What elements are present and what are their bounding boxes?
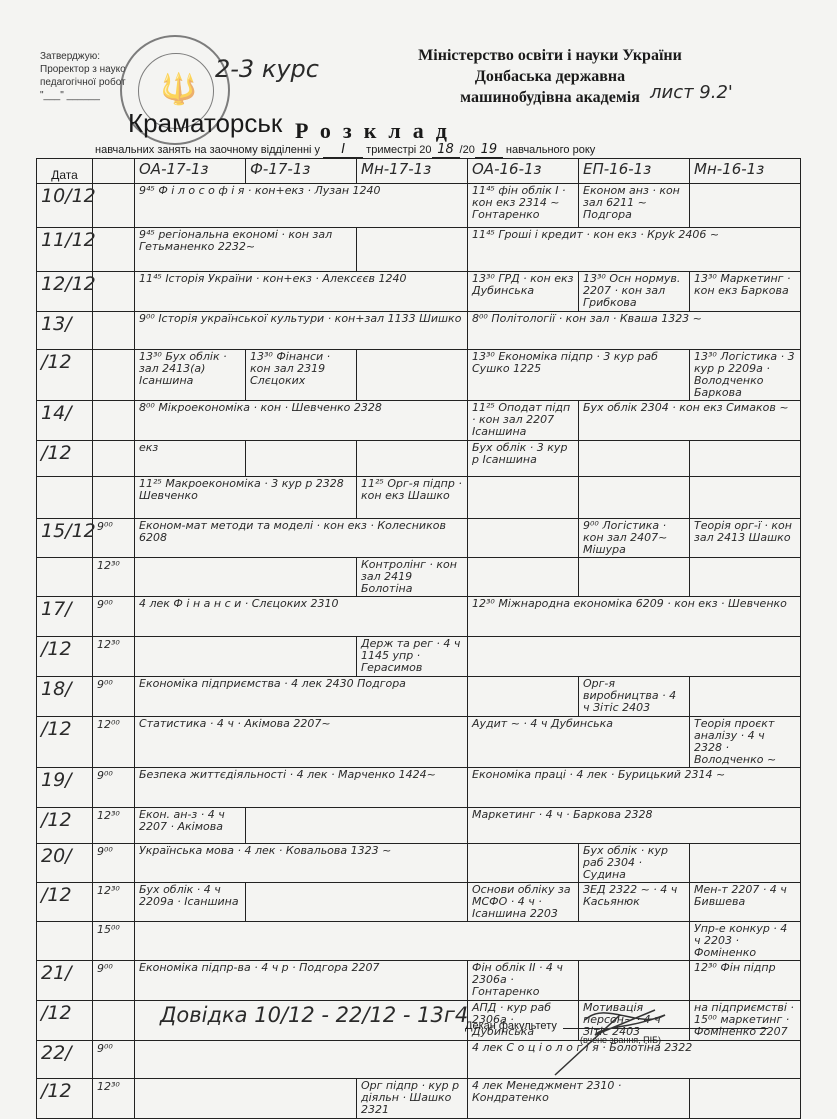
class-cell — [468, 637, 801, 677]
date-cell: 14/ — [37, 401, 93, 441]
class-cell: Бух облік · кур раб 2304 · Судина — [579, 844, 690, 883]
time-cell: 9⁰⁰ — [93, 961, 135, 1001]
date-cell: 15/12 — [37, 519, 93, 558]
schedule-row: /1213³⁰ Бух облік · зал 2413(а) Ісаншина… — [37, 350, 801, 401]
class-cell: Економ анз · кон зал 6211 ~ Подгора — [579, 184, 690, 228]
group-header: Мн-17-1з — [357, 159, 468, 184]
time-cell: 9⁰⁰ — [93, 519, 135, 558]
schedule-row: 11/129⁴⁵ регіональна економі · кон зал Г… — [37, 228, 801, 272]
date-cell: /12 — [37, 1079, 93, 1119]
class-cell — [468, 844, 579, 883]
class-cell: Бух облік 2304 · кон екз Симаков ~ — [579, 401, 801, 441]
time-cell — [93, 184, 135, 228]
time-cell: 9⁰⁰ — [93, 597, 135, 637]
time-cell — [93, 441, 135, 477]
class-cell — [690, 558, 801, 597]
date-cell: 19/ — [37, 768, 93, 808]
schedule-table: Дата ОА-17-1з Ф-17-1з Мн-17-1з ОА-16-1з … — [36, 158, 801, 1119]
class-cell — [135, 637, 357, 677]
class-cell: 13³⁰ Фінанси · кон зал 2319 Слєцоких — [246, 350, 357, 401]
class-cell: 13³⁰ Бух облік · зал 2413(а) Ісаншина — [135, 350, 246, 401]
class-cell: Аудит ~ · 4 ч Дубинська — [468, 717, 690, 768]
schedule-row: /1212³⁰Держ та рег · 4 ч 1145 упр · Гера… — [37, 637, 801, 677]
date-cell: 11/12 — [37, 228, 93, 272]
class-cell: Маркетинг · 4 ч · Баркова 2328 — [468, 808, 801, 844]
schedule-row: /1212⁰⁰Статистика · 4 ч · Акімова 2207~А… — [37, 717, 801, 768]
class-cell — [357, 350, 468, 401]
date-cell: 12/12 — [37, 272, 93, 312]
class-cell: Українська мова · 4 лек · Ковальова 1323… — [135, 844, 468, 883]
time-cell: 12³⁰ — [93, 637, 135, 677]
group-header: Ф-17-1з — [246, 159, 357, 184]
class-cell: 11²⁵ Оподат підп · кон зал 2207 Ісаншина — [468, 401, 579, 441]
header-row: Дата ОА-17-1з Ф-17-1з Мн-17-1з ОА-16-1з … — [37, 159, 801, 184]
date-cell: 17/ — [37, 597, 93, 637]
schedule-row: 22/9⁰⁰4 лек С о ц і о л о г і я · Болоті… — [37, 1041, 801, 1079]
time-cell: 12³⁰ — [93, 1079, 135, 1119]
class-cell — [468, 477, 579, 519]
class-cell: 13³⁰ ГРД · кон екз Дубинська — [468, 272, 579, 312]
class-cell: Екон. ан-з · 4 ч 2207 · Акімова — [135, 808, 246, 844]
class-cell: 9⁰⁰ Історія української культури · кон+з… — [135, 312, 468, 350]
trident-icon: 🔱 — [160, 72, 197, 107]
class-cell — [246, 808, 468, 844]
time-cell — [93, 350, 135, 401]
approval-line: "___" ______ — [40, 89, 126, 102]
approval-line: Затверджую: — [40, 50, 126, 63]
city-label: Краматорськ — [128, 108, 282, 139]
class-cell — [690, 1079, 801, 1119]
time-cell — [93, 401, 135, 441]
class-cell: 11⁴⁵ Гроші і кредит · кон екз · Круk 240… — [468, 228, 801, 272]
approval-line: Проректор з науко — [40, 63, 126, 76]
time-cell — [93, 477, 135, 519]
group-header: ОА-16-1з — [468, 159, 579, 184]
date-cell — [37, 922, 93, 961]
class-cell — [579, 558, 690, 597]
date-header: Дата — [37, 159, 93, 184]
class-cell: Орг підпр · кур р діяльн · Шашко 2321 — [357, 1079, 468, 1119]
class-cell: екз — [135, 441, 246, 477]
class-cell: Контролінг · кон зал 2419 Болотіна — [357, 558, 468, 597]
class-cell: Безпека життєдіяльності · 4 лек · Марчен… — [135, 768, 468, 808]
class-cell: 11²⁵ Орг-я підпр · кон екз Шашко — [357, 477, 468, 519]
class-cell: Упр-е конкур · 4 ч 2203 · Фоміненко — [690, 922, 801, 961]
group-header: ЕП-16-1з — [579, 159, 690, 184]
class-cell — [135, 922, 690, 961]
time-cell: 9⁰⁰ — [93, 768, 135, 808]
schedule-body: 10/129⁴⁵ Ф і л о с о ф і я · кон+екз · Л… — [37, 184, 801, 1119]
class-cell: 4 лек Менеджмент 2310 · Кондратенко — [468, 1079, 690, 1119]
class-cell — [468, 519, 579, 558]
schedule-row: /1212³⁰Екон. ан-з · 4 ч 2207 · АкімоваМа… — [37, 808, 801, 844]
time-cell — [93, 272, 135, 312]
class-cell: 12³⁰ Міжнародна економіка 6209 · кон екз… — [468, 597, 801, 637]
time-cell: 12⁰⁰ — [93, 717, 135, 768]
class-cell — [690, 477, 801, 519]
class-cell: Основи обліку за МСФО · 4 ч · Ісаншина 2… — [468, 883, 579, 922]
date-cell: 21/ — [37, 961, 93, 1001]
schedule-row: 17/9⁰⁰4 лек Ф і н а н с и · Слєцоких 231… — [37, 597, 801, 637]
schedule-row: 18/9⁰⁰Економіка підприємства · 4 лек 243… — [37, 677, 801, 717]
reference-note: Довідка 10/12 - 22/12 - 13г4 — [160, 1003, 468, 1027]
date-cell — [37, 558, 93, 597]
dean-label: Декан факультету — [465, 1020, 557, 1032]
schedule-row: /1212³⁰Бух облік · 4 ч 2209а · ІсаншинаО… — [37, 883, 801, 922]
class-cell: Економіка праці · 4 лек · Бурицький 2314… — [468, 768, 801, 808]
class-cell: Бух облік · 4 ч 2209а · Ісаншина — [135, 883, 246, 922]
class-cell: Економ-мат методи та моделі · кон екз · … — [135, 519, 468, 558]
schedule-row: 10/129⁴⁵ Ф і л о с о ф і я · кон+екз · Л… — [37, 184, 801, 228]
class-cell: 11⁴⁵ фін облік I · кон екз 2314 ~ Гонтар… — [468, 184, 579, 228]
schedule-row: 12/1211⁴⁵ Історія України · кон+екз · Ал… — [37, 272, 801, 312]
schedule-row: 19/9⁰⁰Безпека життєдіяльності · 4 лек · … — [37, 768, 801, 808]
date-cell: 18/ — [37, 677, 93, 717]
class-cell: 13³⁰ Маркетинг · кон екз Баркова — [690, 272, 801, 312]
class-cell — [135, 558, 357, 597]
class-cell: 12³⁰ Фін підпр — [690, 961, 801, 1001]
subtitle-text: навчальних занять на заочному відділенні… — [95, 144, 320, 156]
time-cell — [93, 312, 135, 350]
class-cell: ЗЕД 2322 ~ · 4 ч Касьянюк — [579, 883, 690, 922]
class-cell: Держ та рег · 4 ч 1145 упр · Герасимов — [357, 637, 468, 677]
class-cell: Економіка підпр-ва · 4 ч р · Подгора 220… — [135, 961, 468, 1001]
date-cell: /12 — [37, 350, 93, 401]
date-cell: 22/ — [37, 1041, 93, 1079]
date-cell: /12 — [37, 637, 93, 677]
time-cell — [93, 1001, 135, 1041]
date-cell: 10/12 — [37, 184, 93, 228]
class-cell: Бух облік · 3 кур р Ісаншина — [468, 441, 579, 477]
class-cell: 11⁴⁵ Історія України · кон+екз · Алексєє… — [135, 272, 468, 312]
class-cell — [579, 477, 690, 519]
schedule-row: 15⁰⁰Упр-е конкур · 4 ч 2203 · Фоміненко — [37, 922, 801, 961]
schedule-row: 20/9⁰⁰Українська мова · 4 лек · Ковальов… — [37, 844, 801, 883]
class-cell: 13³⁰ Логістика · 3 кур р 2209а · Володче… — [690, 350, 801, 401]
class-cell: Мен-т 2207 · 4 ч Бившева — [690, 883, 801, 922]
time-cell: 9⁰⁰ — [93, 844, 135, 883]
date-cell: /12 — [37, 883, 93, 922]
time-cell: 9⁰⁰ — [93, 1041, 135, 1079]
class-cell: 4 лек Ф і н а н с и · Слєцоких 2310 — [135, 597, 468, 637]
date-cell: /12 — [37, 441, 93, 477]
schedule-row: /12екзБух облік · 3 кур р Ісаншина — [37, 441, 801, 477]
class-cell: Теорія проєкт аналізу · 4 ч 2328 · Волод… — [690, 717, 801, 768]
ministry-line: Міністерство освіти і науки України — [400, 45, 700, 66]
class-cell — [468, 677, 579, 717]
schedule-row: 13/9⁰⁰ Історія української культури · ко… — [37, 312, 801, 350]
class-cell: 11²⁵ Макроекономіка · 3 кур р 2328 Шевче… — [135, 477, 357, 519]
signature-icon — [545, 990, 685, 1080]
date-cell: /12 — [37, 808, 93, 844]
class-cell: 9⁴⁵ регіональна економі · кон зал Гетьма… — [135, 228, 357, 272]
time-cell: 12³⁰ — [93, 558, 135, 597]
class-cell: Теорія орг-ї · кон зал 2413 Шашко — [690, 519, 801, 558]
class-cell — [135, 1041, 468, 1079]
class-cell — [357, 228, 468, 272]
time-cell — [93, 228, 135, 272]
subtitle-text: /20 — [460, 144, 475, 156]
time-cell: 9⁰⁰ — [93, 677, 135, 717]
class-cell — [357, 441, 468, 477]
date-cell — [37, 477, 93, 519]
schedule-row: /1212³⁰Орг підпр · кур р діяльн · Шашко … — [37, 1079, 801, 1119]
class-cell — [468, 558, 579, 597]
time-cell: 12³⁰ — [93, 883, 135, 922]
group-header: Мн-16-1з — [690, 159, 801, 184]
subtitle-text: навчального року — [506, 144, 595, 156]
schedule-row: 15/129⁰⁰Економ-мат методи та моделі · ко… — [37, 519, 801, 558]
class-cell: Економіка підприємства · 4 лек 2430 Подг… — [135, 677, 468, 717]
schedule-row: 12³⁰Контролінг · кон зал 2419 Болотіна — [37, 558, 801, 597]
date-cell: /12 — [37, 1001, 93, 1041]
time-header — [93, 159, 135, 184]
approval-block: Затверджую: Проректор з науко педагогічн… — [40, 50, 126, 102]
time-cell: 15⁰⁰ — [93, 922, 135, 961]
class-cell: 9⁰⁰ Логістика · кон зал 2407~ Мішура — [579, 519, 690, 558]
class-cell — [690, 441, 801, 477]
class-cell — [690, 184, 801, 228]
schedule-row: 21/9⁰⁰Економіка підпр-ва · 4 ч р · Подго… — [37, 961, 801, 1001]
class-cell: Орг-я виробництва · 4 ч Зітіс 2403 — [579, 677, 690, 717]
class-cell — [579, 441, 690, 477]
class-cell — [135, 1079, 357, 1119]
class-cell — [246, 441, 357, 477]
time-cell: 12³⁰ — [93, 808, 135, 844]
year-start: 18 — [432, 142, 460, 158]
page-title: Розклад — [295, 118, 459, 144]
schedule-row: 11²⁵ Макроекономіка · 3 кур р 2328 Шевче… — [37, 477, 801, 519]
date-cell: 20/ — [37, 844, 93, 883]
schedule-subtitle: навчальних занять на заочному відділенні… — [95, 142, 595, 158]
subtitle-text: триместрі 20 — [366, 144, 431, 156]
class-cell: 8⁰⁰ Політології · кон зал · Кваша 1323 ~ — [468, 312, 801, 350]
trimester-value: I — [323, 142, 363, 158]
class-cell: 13³⁰ Економіка підпр · 3 кур раб Сушко 1… — [468, 350, 690, 401]
year-end: 19 — [475, 142, 503, 158]
schedule-row: 14/8⁰⁰ Мікроекономіка · кон · Шевченко 2… — [37, 401, 801, 441]
sheet-note: лист 9.2' — [650, 82, 733, 103]
class-cell — [690, 844, 801, 883]
class-cell: 8⁰⁰ Мікроекономіка · кон · Шевченко 2328 — [135, 401, 468, 441]
approval-line: педагогічної робот — [40, 76, 126, 89]
class-cell: 9⁴⁵ Ф і л о с о ф і я · кон+екз · Лузан … — [135, 184, 468, 228]
class-cell: Статистика · 4 ч · Акімова 2207~ — [135, 717, 468, 768]
group-header: ОА-17-1з — [135, 159, 246, 184]
class-cell — [690, 677, 801, 717]
course-note: 2-3 курс — [215, 55, 319, 83]
date-cell: 13/ — [37, 312, 93, 350]
class-cell — [246, 883, 468, 922]
class-cell: 13³⁰ Осн нормув. 2207 · кон зал Грибкова — [579, 272, 690, 312]
date-cell: /12 — [37, 717, 93, 768]
